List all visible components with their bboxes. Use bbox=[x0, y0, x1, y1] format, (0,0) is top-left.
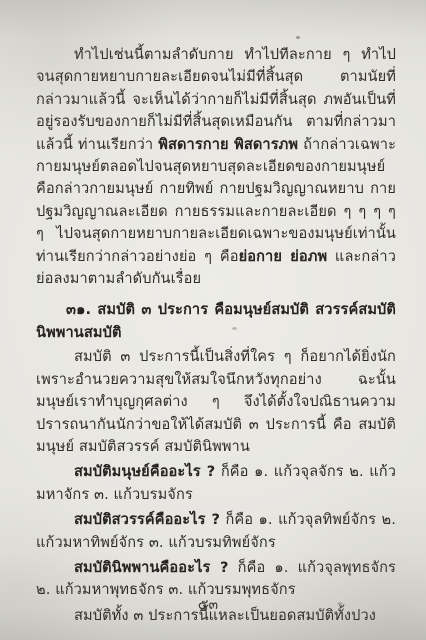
paragraph-run: ถ้ากล่าวเฉพาะกายมนุษย์ตลอดไปจนสุดหยาบสุด… bbox=[36, 136, 396, 265]
section-heading-31-three-treasures: ๓๑. สมบัติ ๓ ประการ คือมนุษย์สมบัติ สวรร… bbox=[36, 299, 396, 344]
page-number: ๕๓ bbox=[0, 594, 416, 616]
qa-question: สมบัติสวรรค์คืออะไร ? bbox=[74, 511, 220, 528]
bold-term-yokaya: ย่อกาย ย่อภพ bbox=[239, 248, 328, 265]
scan-artifact-speck bbox=[296, 36, 300, 39]
qa-human-treasure: สมบัติมนุษย์คืออะไร ? ก็คือ ๑. แก้วจุลจั… bbox=[36, 461, 396, 506]
qa-question: สมบัติมนุษย์คืออะไร ? bbox=[74, 463, 215, 480]
qa-question: สมบัตินิพพานคืออะไร ? bbox=[74, 559, 229, 576]
bold-term-pisdankaya: พิสดารกาย พิสดารภพ bbox=[158, 136, 298, 153]
scanned-book-page: ทำไปเช่นนี้ตามลำดับกาย ทำไปทีละกาย ๆ ทำไ… bbox=[0, 0, 426, 640]
page-body-text: ทำไปเช่นนี้ตามลำดับกาย ทำไปทีละกาย ๆ ทำไ… bbox=[36, 44, 396, 627]
qa-heaven-treasure: สมบัติสวรรค์คืออะไร ? ก็คือ ๑. แก้วจุลทิ… bbox=[36, 509, 396, 554]
paragraph-expanded-bodies: ทำไปเช่นนี้ตามลำดับกาย ทำไปทีละกาย ๆ ทำไ… bbox=[36, 44, 396, 290]
paragraph-three-treasures-intro: สมบัติ ๓ ประการนี้เป็นสิ่งที่ใคร ๆ ก็อยา… bbox=[36, 346, 396, 458]
